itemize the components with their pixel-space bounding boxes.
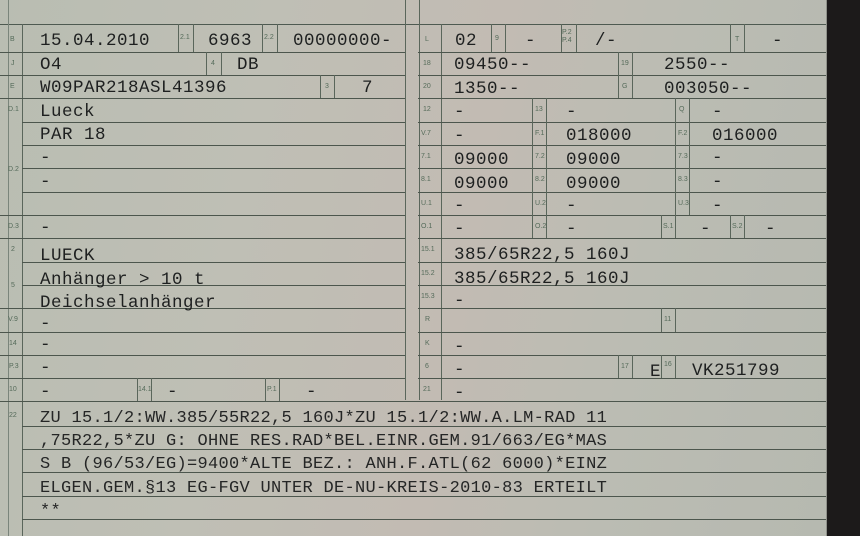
- field-label: 22: [9, 412, 17, 420]
- field-15-2: 385/65R22,5 160J: [454, 269, 630, 289]
- field-label: 17: [621, 363, 629, 371]
- divider: [0, 98, 405, 99]
- registration-document: B 2.1 2.2 J 4 E 3 D.1 D.2 D.3 2 5 V.9 14…: [0, 0, 827, 536]
- field-label: P.2P.4: [562, 29, 572, 45]
- field-label: 18: [423, 60, 431, 68]
- field-8-3: -: [712, 172, 723, 192]
- field-label: 6: [425, 363, 429, 371]
- divider: [0, 332, 405, 333]
- field-label: 15.2: [421, 270, 435, 278]
- field-label: 7.1: [421, 153, 431, 161]
- field-label: U.3: [678, 200, 689, 208]
- divider: [730, 215, 731, 238]
- field-5-line1: Anhänger > 10 t: [40, 270, 205, 290]
- field-label: U.1: [421, 200, 432, 208]
- divider: [22, 168, 405, 169]
- field-l: 02: [455, 31, 477, 51]
- field-label: 2.1: [180, 34, 190, 42]
- divider: [491, 24, 492, 52]
- divider: [675, 98, 676, 215]
- field-g: 003050--: [664, 79, 752, 99]
- remark-line-3: S B (96/53/EG)=9400*ALTE BEZ.: ANH.F.ATL…: [40, 455, 607, 475]
- divider: [675, 355, 676, 378]
- field-label: U.2: [535, 200, 546, 208]
- divider: [279, 378, 280, 401]
- divider: [221, 52, 222, 75]
- divider: [675, 308, 676, 332]
- field-13: -: [566, 102, 577, 122]
- field-2-2: 00000000-: [293, 31, 392, 51]
- field-label: S.2: [732, 223, 743, 231]
- divider: [661, 308, 662, 332]
- field-17: E: [650, 362, 661, 382]
- field-label: 5: [11, 282, 15, 290]
- field-label: 21: [423, 386, 431, 394]
- field-u1: -: [454, 196, 465, 216]
- field-label: D.3: [8, 223, 19, 231]
- field-p1: -: [306, 382, 317, 402]
- divider: [532, 98, 533, 238]
- divider: [744, 215, 745, 238]
- field-label: 11: [664, 316, 671, 324]
- field-label: F.1: [535, 130, 544, 138]
- field-label: 2.2: [264, 34, 274, 42]
- divider: [744, 24, 745, 52]
- divider: [0, 238, 405, 239]
- field-label: P.1: [267, 386, 277, 394]
- divider: [418, 122, 826, 123]
- field-18: 09450--: [454, 55, 531, 75]
- left-label-column-line: [22, 24, 23, 536]
- divider: [661, 355, 662, 378]
- field-label: G: [622, 83, 627, 91]
- field-f1: 018000: [566, 126, 632, 146]
- divider: [206, 52, 207, 75]
- field-f2: 016000: [712, 126, 778, 146]
- divider: [632, 52, 633, 98]
- divider: [0, 355, 405, 356]
- divider: [0, 401, 826, 402]
- left-margin-line: [8, 0, 9, 536]
- field-label: 10: [9, 386, 17, 394]
- field-10: -: [40, 382, 51, 402]
- right-label-column-line: [441, 24, 442, 400]
- field-7-1: 09000: [454, 150, 509, 170]
- field-q: -: [712, 102, 723, 122]
- field-label: T: [735, 36, 739, 44]
- field-d3: -: [40, 218, 51, 238]
- field-v9: -: [40, 314, 51, 334]
- field-d2-line2: -: [40, 148, 51, 168]
- field-label: 15.3: [421, 293, 435, 301]
- divider: [689, 98, 690, 215]
- field-label: 15.1: [421, 246, 435, 254]
- field-s1: -: [700, 219, 711, 239]
- remark-line-4: ELGEN.GEM.§13 EG-FGV UNTER DE-NU-KREIS-2…: [40, 479, 607, 499]
- field-label: 13: [535, 106, 543, 114]
- field-label: E: [10, 83, 15, 91]
- field-4: DB: [237, 55, 259, 75]
- field-16: VK251799: [692, 361, 780, 381]
- field-o2: -: [566, 219, 577, 239]
- remark-line-5: **: [40, 502, 61, 522]
- divider: [0, 215, 405, 216]
- field-e-vin: W09PAR218ASL41396: [40, 78, 227, 98]
- field-label: 14: [9, 340, 17, 348]
- field-k: -: [454, 337, 465, 357]
- field-b-date: 15.04.2010: [40, 31, 150, 51]
- divider: [265, 378, 266, 401]
- field-label: 7.3: [678, 153, 688, 161]
- field-d2-line1: PAR 18: [40, 125, 106, 145]
- field-15-3: -: [454, 291, 465, 311]
- field-7-3: -: [712, 148, 723, 168]
- divider: [277, 24, 278, 52]
- divider: [193, 24, 194, 52]
- divider: [418, 355, 826, 356]
- field-label: D.1: [8, 106, 19, 114]
- field-label: L: [425, 36, 429, 44]
- divider: [632, 355, 633, 378]
- field-6: -: [454, 360, 465, 380]
- field-label: Q: [679, 106, 684, 114]
- divider: [22, 192, 405, 193]
- field-9: -: [525, 31, 536, 51]
- field-7-2: 09000: [566, 150, 621, 170]
- field-label: K: [425, 340, 430, 348]
- field-2-1: 6963: [208, 31, 252, 51]
- field-label: V.9: [8, 316, 18, 324]
- field-label: 14.1: [138, 386, 152, 394]
- divider: [546, 98, 547, 238]
- field-label: D.2: [8, 166, 19, 174]
- field-label: 8.2: [535, 176, 545, 184]
- divider: [418, 52, 826, 53]
- field-14-1: -: [167, 382, 178, 402]
- field-label: 3: [325, 83, 329, 91]
- divider: [730, 24, 731, 52]
- field-t: -: [772, 31, 783, 51]
- divider: [22, 145, 405, 146]
- field-label: S.1: [663, 223, 674, 231]
- divider: [22, 519, 826, 520]
- field-u2: -: [566, 196, 577, 216]
- field-label: P.3: [9, 363, 19, 371]
- field-p2-p4: /-: [595, 31, 617, 51]
- divider: [418, 332, 826, 333]
- remark-line-1: ZU 15.1/2:WW.385/55R22,5 160J*ZU 15.1/2:…: [40, 409, 607, 429]
- field-label: 8.3: [678, 176, 688, 184]
- field-label: 8.1: [421, 176, 431, 184]
- divider: [661, 215, 662, 238]
- field-8-1: 09000: [454, 174, 509, 194]
- field-12: -: [454, 102, 465, 122]
- field-o1: -: [454, 219, 465, 239]
- center-divider: [405, 0, 420, 400]
- divider: [418, 215, 826, 216]
- divider: [618, 52, 619, 98]
- divider: [0, 378, 405, 379]
- divider: [618, 355, 619, 378]
- field-5-line2: Deichselanhänger: [40, 293, 216, 313]
- field-21: -: [454, 383, 465, 403]
- field-15-1: 385/65R22,5 160J: [454, 245, 630, 265]
- field-v7: -: [454, 126, 465, 146]
- divider: [262, 24, 263, 52]
- divider: [576, 24, 577, 52]
- field-label: 20: [423, 83, 431, 91]
- field-label: J: [11, 60, 15, 68]
- divider: [418, 75, 826, 76]
- remark-line-2: ,75R22,5*ZU G: OHNE RES.RAD*BEL.EINR.GEM…: [40, 432, 607, 452]
- field-3: 7: [362, 78, 373, 98]
- field-19: 2550--: [664, 55, 730, 75]
- field-label: 19: [621, 60, 629, 68]
- divider: [675, 215, 676, 238]
- field-label: 12: [423, 106, 431, 114]
- field-label: F.2: [678, 130, 687, 138]
- field-label: 16: [664, 361, 672, 369]
- divider: [418, 308, 826, 309]
- field-label: R: [425, 316, 430, 324]
- divider: [505, 24, 506, 52]
- field-14: -: [40, 335, 51, 355]
- field-u3: -: [712, 196, 723, 216]
- divider: [178, 24, 179, 52]
- field-label: 9: [495, 35, 499, 43]
- field-p3: -: [40, 358, 51, 378]
- divider: [0, 75, 405, 76]
- field-label: 7.2: [535, 153, 545, 161]
- field-s2: -: [765, 219, 776, 239]
- field-j: O4: [40, 55, 62, 75]
- divider: [334, 75, 335, 98]
- divider: [0, 52, 405, 53]
- field-label: B: [10, 36, 15, 44]
- field-label: O.2: [535, 223, 546, 231]
- divider: [320, 75, 321, 98]
- field-2: LUECK: [40, 246, 95, 266]
- field-label: 2: [11, 246, 15, 254]
- field-20: 1350--: [454, 79, 520, 99]
- field-8-2: 09000: [566, 174, 621, 194]
- field-d1: Lueck: [40, 102, 95, 122]
- divider: [22, 122, 405, 123]
- field-d2-line3: -: [40, 172, 51, 192]
- field-label: 4: [211, 60, 215, 68]
- field-label: V.7: [421, 130, 431, 138]
- field-label: O.1: [421, 223, 432, 231]
